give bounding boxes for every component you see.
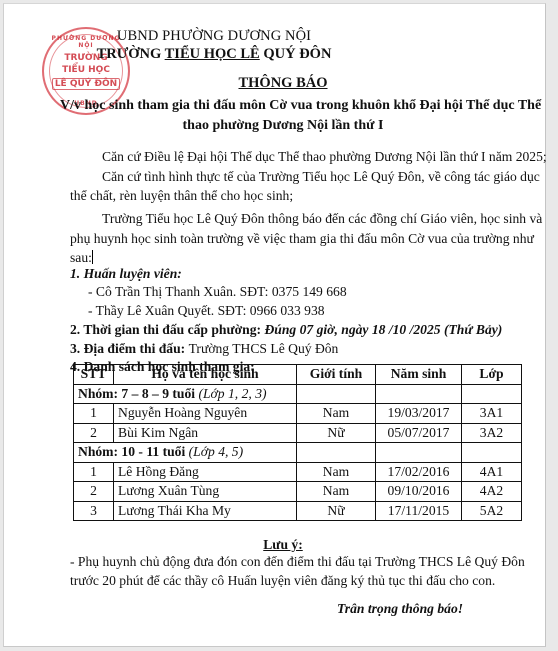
cell-class: 5A2 [462, 501, 522, 521]
competition-venue: 3. Địa điểm thi đấu: Trường THCS Lê Quý … [70, 341, 338, 357]
school-header: TRƯỜNG TIỂU HỌC LÊ QUÝ ĐÔN [4, 46, 424, 63]
authority-header: UBND PHƯỜNG DƯƠNG NỘI [4, 28, 424, 45]
group-row: Nhóm: 10 - 11 tuổi (Lớp 4, 5) [74, 443, 522, 463]
cell-stt: 1 [74, 462, 114, 482]
note-line-2: trước 20 phút để các thầy cô Huấn luyện … [70, 573, 495, 589]
school-suffix: QUÝ ĐÔN [260, 46, 332, 62]
body-paragraph-1: Căn cứ Điều lệ Đại hội Thể dục Thể thao … [102, 149, 547, 165]
coach-item: - Cô Trần Thị Thanh Xuân. SĐT: 0375 149 … [88, 284, 347, 300]
group-grades: (Lớp 1, 2, 3) [198, 386, 266, 401]
cell-dob: 17/02/2016 [376, 462, 462, 482]
cell-gender: Nữ [297, 501, 376, 521]
text-cursor [92, 250, 93, 264]
table-row: 2Lương Xuân TùngNam09/10/20164A2 [74, 482, 522, 502]
empty-cell [376, 384, 462, 404]
header-dob: Năm sinh [376, 365, 462, 385]
student-roster-table: STT Họ và tên học sinh Giới tính Năm sin… [73, 364, 522, 521]
document-title: THÔNG BÁO [4, 75, 558, 92]
closing-remark: Trân trọng thông báo! [337, 601, 463, 617]
school-prefix: TRƯỜNG [97, 46, 165, 62]
cell-gender: Nam [297, 404, 376, 424]
group-grades: (Lớp 4, 5) [189, 444, 243, 459]
stamp-line-2: TIỂU HỌC [44, 65, 128, 75]
header-gender: Giới tính [297, 365, 376, 385]
group-name: Nhóm: 10 - 11 tuổi [78, 444, 189, 459]
group-label: Nhóm: 7 – 8 – 9 tuổi (Lớp 1, 2, 3) [74, 384, 297, 404]
table-header-row: STT Họ và tên học sinh Giới tính Năm sin… [74, 365, 522, 385]
subject-line-1: V/v học sinh tham gia thi đấu môn Cờ vua… [60, 98, 541, 114]
cell-name: Lê Hồng Đăng [114, 462, 297, 482]
school-underlined: TIỂU HỌC LÊ [165, 46, 260, 62]
header-stt: STT [74, 365, 114, 385]
header-name: Họ và tên học sinh [114, 365, 297, 385]
cell-dob: 09/10/2016 [376, 482, 462, 502]
cell-class: 4A2 [462, 482, 522, 502]
group-row: Nhóm: 7 – 8 – 9 tuổi (Lớp 1, 2, 3) [74, 384, 522, 404]
cell-gender: Nam [297, 482, 376, 502]
body-paragraph-3-line-2: phụ huynh học sinh toàn trường về việc t… [70, 231, 534, 247]
cell-name: Nguyễn Hoàng Nguyên [114, 404, 297, 424]
body-paragraph-3-line-1: Trường Tiểu học Lê Quý Đôn thông báo đến… [102, 211, 542, 227]
competition-time: 2. Thời gian thi đấu cấp phường: Đúng 07… [70, 322, 502, 338]
cell-name: Bùi Kim Ngân [114, 423, 297, 443]
cell-class: 3A1 [462, 404, 522, 424]
cell-stt: 3 [74, 501, 114, 521]
body-paragraph-3-line-3[interactable]: sau: [70, 250, 93, 266]
cell-stt: 2 [74, 482, 114, 502]
note-heading: Lưu ý: [4, 537, 558, 553]
cell-name: Lương Thái Kha My [114, 501, 297, 521]
coaches-heading: 1. Huấn luyện viên: [70, 266, 182, 282]
empty-cell [297, 443, 376, 463]
empty-cell [376, 443, 462, 463]
time-value: Đúng 07 giờ, ngày 18 /10 /2025 (Thứ Bảy) [264, 322, 502, 337]
cell-dob: 19/03/2017 [376, 404, 462, 424]
venue-label: 3. Địa điểm thi đấu: [70, 341, 189, 356]
group-name: Nhóm: 7 – 8 – 9 tuổi [78, 386, 198, 401]
body-paragraph-2-line-1: Căn cứ tình hình thực tế của Trường Tiểu… [102, 169, 540, 185]
subject-line-2: thao phường Dương Nội lần thứ I [4, 118, 558, 134]
time-label: 2. Thời gian thi đấu cấp phường: [70, 322, 264, 337]
coach-item: - Thầy Lê Xuân Quyết. SĐT: 0966 033 938 [88, 303, 325, 319]
cell-class: 4A1 [462, 462, 522, 482]
note-line-1: - Phụ huynh chủ động đưa đón con đến điể… [70, 554, 525, 570]
body-paragraph-2-line-2: thể chất, rèn luyện thân thể cho học sin… [70, 188, 293, 204]
table-row: 2Bùi Kim NgânNữ05/07/20173A2 [74, 423, 522, 443]
cell-dob: 17/11/2015 [376, 501, 462, 521]
table-row: 1Lê Hồng ĐăngNam17/02/20164A1 [74, 462, 522, 482]
venue-value: Trường THCS Lê Quý Đôn [189, 341, 339, 356]
cell-dob: 05/07/2017 [376, 423, 462, 443]
cell-stt: 1 [74, 404, 114, 424]
cell-name: Lương Xuân Tùng [114, 482, 297, 502]
table-row: 3Lương Thái Kha MyNữ17/11/20155A2 [74, 501, 522, 521]
cell-gender: Nam [297, 462, 376, 482]
header-class: Lớp [462, 365, 522, 385]
group-label: Nhóm: 10 - 11 tuổi (Lớp 4, 5) [74, 443, 297, 463]
document-page: PHƯỜNG DƯƠNG NỘI TRƯỜNG TIỂU HỌC LÊ QUÝ … [3, 3, 546, 647]
cell-gender: Nữ [297, 423, 376, 443]
empty-cell [462, 443, 522, 463]
empty-cell [462, 384, 522, 404]
cell-class: 3A2 [462, 423, 522, 443]
empty-cell [297, 384, 376, 404]
cell-stt: 2 [74, 423, 114, 443]
body-paragraph-3-text: sau: [70, 250, 92, 265]
table-row: 1Nguyễn Hoàng NguyênNam19/03/20173A1 [74, 404, 522, 424]
